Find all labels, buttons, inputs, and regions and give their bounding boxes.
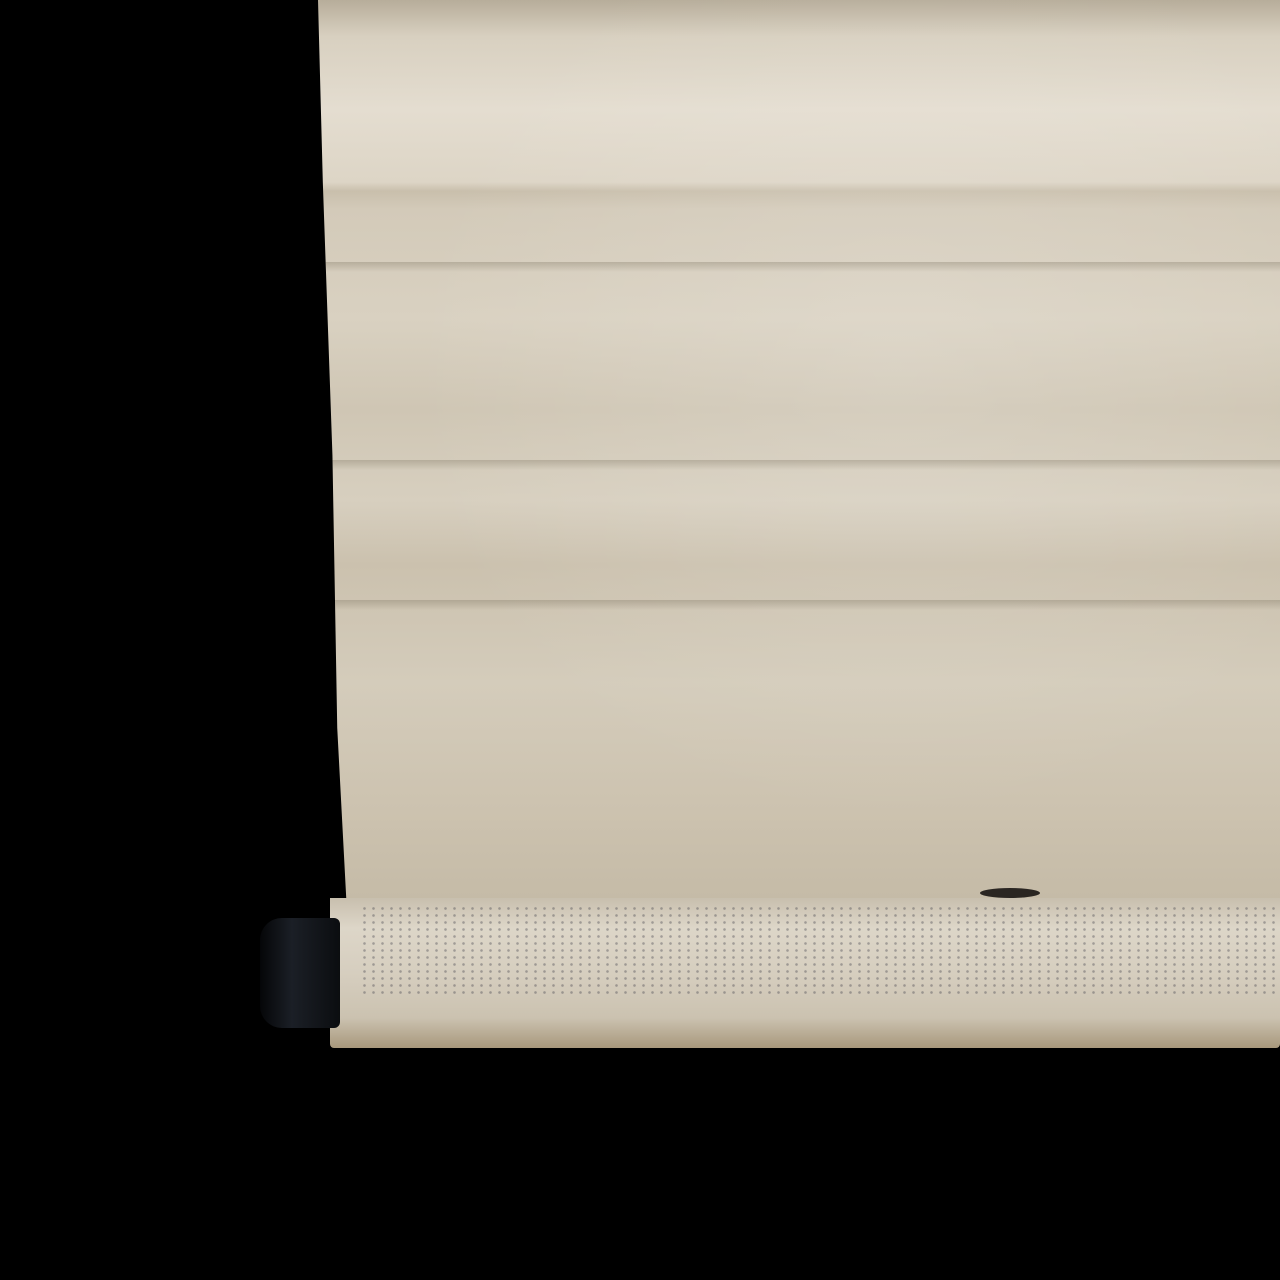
paper-fold	[318, 262, 1280, 272]
roller-speckles	[360, 905, 1280, 995]
paper-fold	[318, 600, 1280, 610]
scroll-paper	[318, 0, 1280, 910]
paper-tear	[980, 888, 1040, 898]
photo-scene	[0, 0, 1280, 1280]
paper-fold	[318, 460, 1280, 470]
roller-end-cap	[260, 918, 340, 1028]
